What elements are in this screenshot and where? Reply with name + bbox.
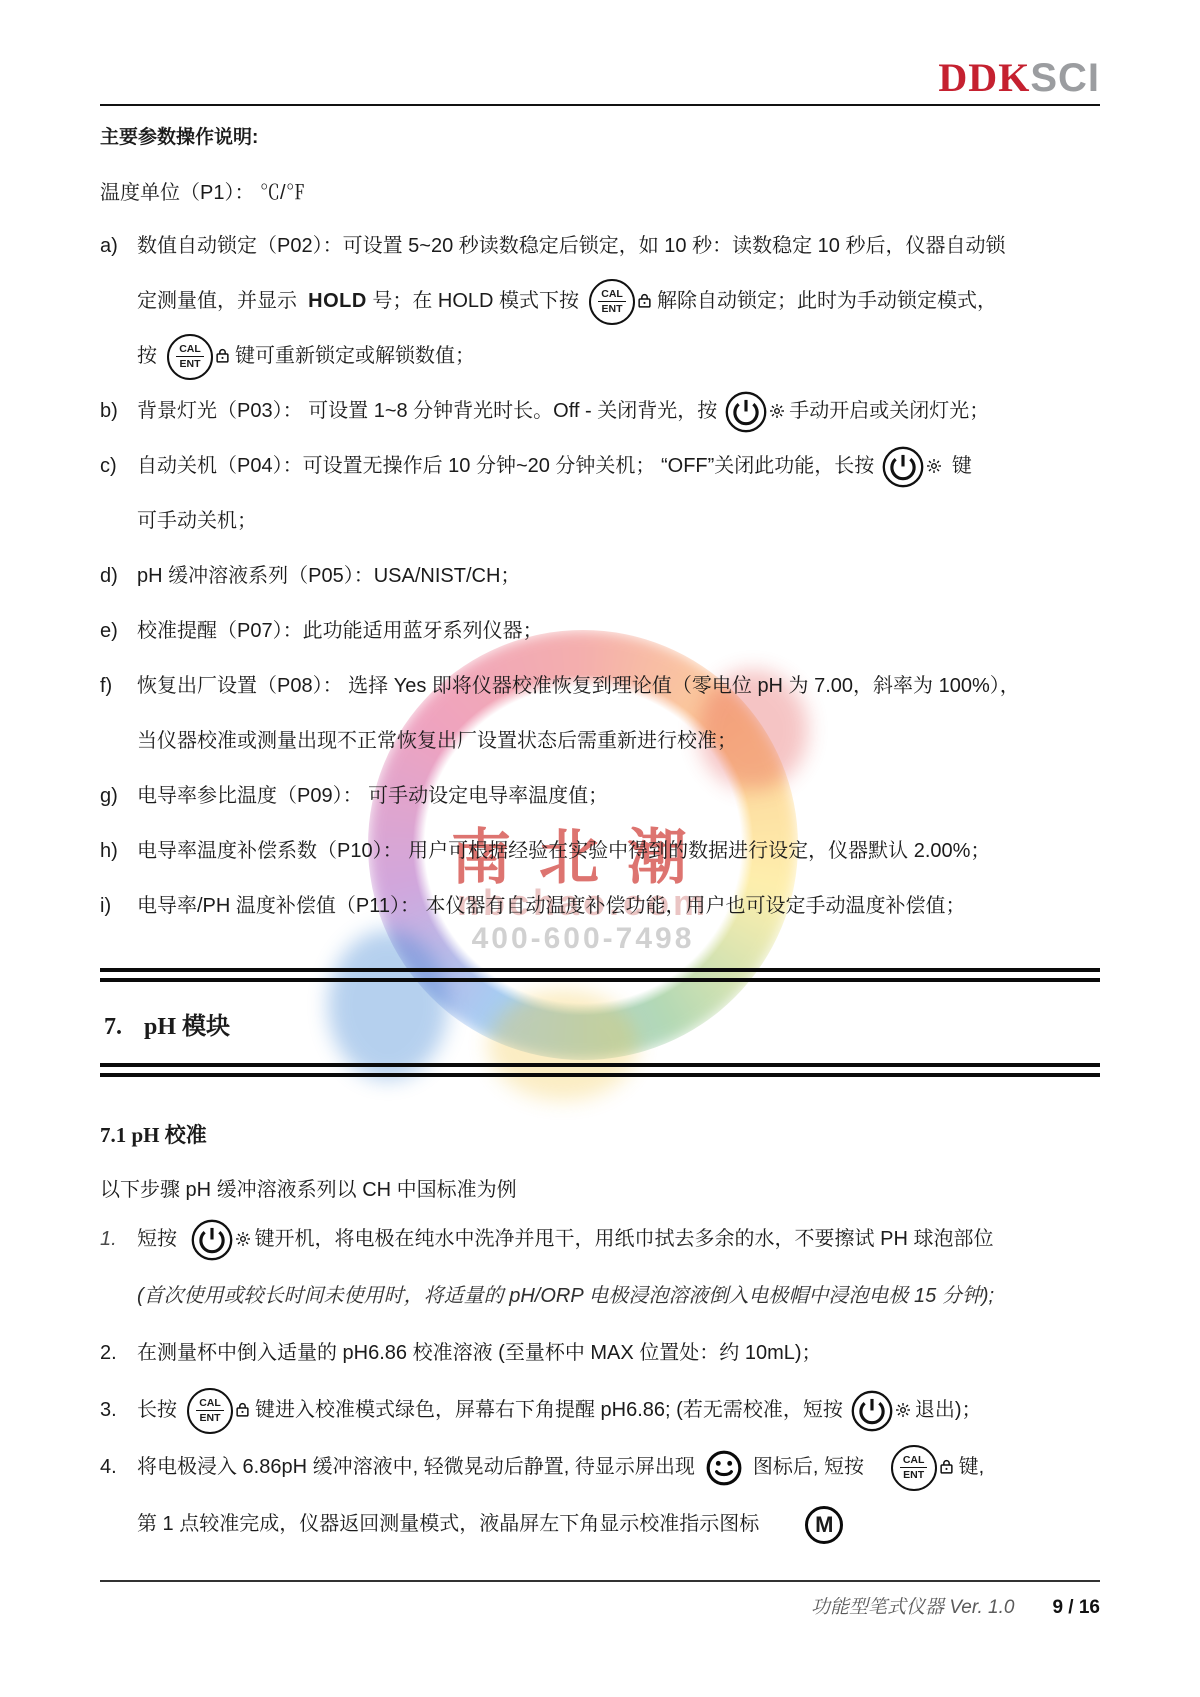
text-run: 电导率温度补偿系数（P10）： 用户可根据经验在实验中得到的数据进行设定，仪器默…	[137, 840, 990, 862]
backlight-sun-icon	[769, 403, 785, 419]
text-run: 电导率参比温度（P09）： 可手动设定电导率温度值；	[137, 785, 608, 807]
text-run: pH 缓冲溶液系列（P05）：USA/NIST/CH；	[137, 565, 520, 587]
text-run: 自动关机（P04）：可设置无操作后 10 分钟~20 分钟关机； “OFF”关闭…	[137, 455, 874, 477]
text-run: 图标后, 短按	[753, 1456, 864, 1478]
backlight-sun-icon	[926, 458, 942, 474]
text-run: 退出)；	[915, 1399, 982, 1421]
text-run: 解除自动锁定；此时为手动锁定模式，	[657, 290, 997, 312]
text-run: 恢复出厂设置（P08）： 选择 Yes 即将仪器校准恢复到理论值（零电位 pH …	[137, 675, 1020, 697]
header-rule	[100, 104, 1100, 106]
text-run: 键,	[959, 1456, 985, 1478]
text-run: 号；在 HOLD 模式下按	[372, 290, 579, 312]
param-item-e: e) 校准提醒（P07）：此功能适用蓝牙系列仪器；	[100, 604, 1100, 659]
item-label: d)	[100, 549, 137, 604]
ent-label: ENT	[602, 302, 623, 315]
power-button-icon	[882, 446, 924, 488]
text-run: 背景灯光（P03）： 可设置 1~8 分钟背光时长。Off - 关闭背光，按	[137, 400, 717, 422]
text-run: 将电极浸入 6.86pH 缓冲溶液中, 轻微晃动后静置, 待显示屏出现	[137, 1456, 695, 1478]
step-number: 1.	[100, 1211, 137, 1325]
param-list: a) 数值自动锁定（P02）：可设置 5~20 秒读数稳定后锁定，如 10 秒：…	[100, 219, 1100, 934]
item-text: 自动关机（P04）：可设置无操作后 10 分钟~20 分钟关机； “OFF”关闭…	[137, 439, 1100, 494]
temperature-unit-line: 温度单位（P1）： ℃/℉	[100, 179, 1100, 207]
param-item-g: g) 电导率参比温度（P09）： 可手动设定电导率温度值；	[100, 769, 1100, 824]
text-run: 键进入校准模式绿色，屏幕右下角提醒 pH6.86; (若无需校准，短按	[255, 1399, 843, 1421]
cal-ent-button-icon: CALENT	[891, 1445, 937, 1491]
item-text: 定测量值，并显示 HOLD 号；在 HOLD 模式下按CALENT解除自动锁定；…	[137, 274, 1100, 329]
step-note: (首次使用或较长时间未使用时，将适量的 pH/ORP 电极浸泡溶液倒入电极帽中浸…	[137, 1268, 1100, 1325]
text-run: 电导率/PH 温度补偿值（P11）： 本仪器有自动温度补偿功能，用户也可设定手动…	[137, 895, 966, 917]
item-label: i)	[100, 879, 137, 934]
item-text: 电导率参比温度（P09）： 可手动设定电导率温度值；	[137, 769, 1100, 824]
footer-page-number: 9 / 16	[1052, 1597, 1100, 1618]
param-item-i: i) 电导率/PH 温度补偿值（P11）： 本仪器有自动温度补偿功能，用户也可设…	[100, 879, 1100, 934]
step-1: 1. 短按 键开机，将电极在纯水中洗净并甩干，用纸巾拭去多余的水，不要擦试 PH…	[100, 1211, 1100, 1325]
step-list: 1. 短按 键开机，将电极在纯水中洗净并甩干，用纸巾拭去多余的水，不要擦试 PH…	[100, 1211, 1100, 1553]
ent-label: ENT	[200, 1411, 221, 1424]
section-71-heading: 7.1 pH 校准	[100, 1119, 1100, 1149]
logo-ddk: DDK	[938, 55, 1030, 100]
cal-label: CAL	[176, 343, 204, 357]
text-run: 校准提醒（P07）：此功能适用蓝牙系列仪器；	[137, 620, 543, 642]
lock-icon	[236, 1402, 249, 1417]
param-item-c: c) 自动关机（P04）：可设置无操作后 10 分钟~20 分钟关机； “OFF…	[100, 439, 1100, 549]
text-run: 可手动关机；	[137, 510, 257, 532]
calibration-intro: 以下步骤 pH 缓冲溶液系列以 CH 中国标准为例	[100, 1175, 1100, 1205]
item-label: a)	[100, 219, 137, 384]
manual-page: 南北潮 nbchao.com 400-600-7498 DDKSCI 主要参数操…	[0, 0, 1200, 1697]
step-4: 4. 将电极浸入 6.86pH 缓冲溶液中, 轻微晃动后静置, 待显示屏出现图标…	[100, 1439, 1100, 1553]
power-button-icon	[191, 1219, 233, 1261]
text-run: 键开机，将电极在纯水中洗净并甩干，用纸巾拭去多余的水，不要擦试 PH 球泡部位	[255, 1228, 994, 1250]
item-text: 电导率/PH 温度补偿值（P11）： 本仪器有自动温度补偿功能，用户也可设定手动…	[137, 879, 1100, 934]
item-text: 恢复出厂设置（P08）： 选择 Yes 即将仪器校准恢复到理论值（零电位 pH …	[137, 659, 1100, 714]
step-number: 3.	[100, 1382, 137, 1439]
step-2: 2. 在测量杯中倒入适量的 pH6.86 校准溶液 (至量杯中 MAX 位置处：…	[100, 1325, 1100, 1382]
text-run: 键	[952, 455, 972, 477]
section-number: 7.	[104, 1014, 122, 1040]
calibration-m-icon: M	[805, 1506, 843, 1544]
footer-rule	[100, 1580, 1100, 1582]
section-divider-rule	[100, 968, 1100, 982]
item-text: 数值自动锁定（P02）：可设置 5~20 秒读数稳定后锁定，如 10 秒：读数稳…	[137, 219, 1100, 274]
step-text: 在测量杯中倒入适量的 pH6.86 校准溶液 (至量杯中 MAX 位置处：约 1…	[137, 1325, 1100, 1382]
lock-icon	[638, 293, 651, 308]
section-heading: 主要参数操作说明:	[100, 122, 1100, 149]
smiley-face-icon	[705, 1449, 743, 1487]
text-run: 当仪器校准或测量出现不正常恢复出厂设置状态后需重新进行校准；	[137, 730, 737, 752]
cal-ent-button-icon: CALENT	[187, 1388, 233, 1434]
footer: 功能型笔式仪器 Ver. 1.09 / 16	[100, 1592, 1100, 1619]
backlight-sun-icon	[895, 1402, 911, 1418]
item-text: 当仪器校准或测量出现不正常恢复出厂设置状态后需重新进行校准；	[137, 714, 1100, 769]
step-text: 长按CALENT键进入校准模式绿色，屏幕右下角提醒 pH6.86; (若无需校准…	[137, 1382, 1100, 1439]
power-button-icon	[851, 1390, 893, 1432]
step-text: 短按 键开机，将电极在纯水中洗净并甩干，用纸巾拭去多余的水，不要擦试 PH 球泡…	[137, 1211, 1100, 1268]
text-run: (首次使用或较长时间未使用时，将适量的 pH/ORP 电极浸泡溶液倒入电极帽中浸…	[137, 1285, 994, 1307]
section-title: pH 模块	[144, 1014, 230, 1040]
section-7-heading: 7.pH 模块	[104, 1006, 1100, 1041]
text-run: 第 1 点较准完成，仪器返回测量模式，液晶屏左下角显示校准指示图标	[137, 1513, 759, 1535]
item-label: f)	[100, 659, 137, 769]
lock-icon	[216, 348, 229, 363]
item-text: 电导率温度补偿系数（P10）： 用户可根据经验在实验中得到的数据进行设定，仪器默…	[137, 824, 1100, 879]
item-label: g)	[100, 769, 137, 824]
lock-icon	[940, 1459, 953, 1474]
text-run: 长按	[137, 1399, 177, 1421]
cal-ent-button-icon: CALENT	[589, 279, 635, 325]
cal-ent-button-icon: CALENT	[167, 334, 213, 380]
text-run: 按	[137, 345, 157, 367]
hold-label: HOLD	[308, 290, 367, 312]
step-3: 3. 长按CALENT键进入校准模式绿色，屏幕右下角提醒 pH6.86; (若无…	[100, 1382, 1100, 1439]
item-text: 背景灯光（P03）： 可设置 1~8 分钟背光时长。Off - 关闭背光，按手动…	[137, 384, 1100, 439]
ent-label: ENT	[903, 1468, 924, 1481]
step-number: 4.	[100, 1439, 137, 1553]
text-run: 数值自动锁定（P02）：可设置 5~20 秒读数稳定后锁定，如 10 秒：读数稳…	[137, 235, 1005, 257]
step-text: 第 1 点较准完成，仪器返回测量模式，液晶屏左下角显示校准指示图标M	[137, 1496, 1100, 1553]
text-run: 在测量杯中倒入适量的 pH6.86 校准溶液 (至量杯中 MAX 位置处：约 1…	[137, 1342, 822, 1364]
item-label: b)	[100, 384, 137, 439]
text-run: 键可重新锁定或解锁数值；	[235, 345, 475, 367]
item-text: 按CALENT键可重新锁定或解锁数值；	[137, 329, 1100, 384]
text-run: 短按	[137, 1228, 177, 1250]
text-run: 手动开启或关闭灯光；	[789, 400, 989, 422]
m-label: M	[815, 1496, 833, 1553]
section-divider-rule	[100, 1063, 1100, 1077]
logo-sci: SCI	[1030, 56, 1100, 100]
item-text: 校准提醒（P07）：此功能适用蓝牙系列仪器；	[137, 604, 1100, 659]
item-text: 可手动关机；	[137, 494, 1100, 549]
page-content: 主要参数操作说明: 温度单位（P1）： ℃/℉ a) 数值自动锁定（P02）：可…	[100, 114, 1100, 1553]
power-button-icon	[725, 391, 767, 433]
item-label: e)	[100, 604, 137, 659]
item-text: pH 缓冲溶液系列（P05）：USA/NIST/CH；	[137, 549, 1100, 604]
step-text: 将电极浸入 6.86pH 缓冲溶液中, 轻微晃动后静置, 待显示屏出现图标后, …	[137, 1439, 1100, 1496]
backlight-sun-icon	[235, 1231, 251, 1247]
item-label: h)	[100, 824, 137, 879]
ent-label: ENT	[180, 357, 201, 370]
item-label: c)	[100, 439, 137, 549]
brand-logo: DDKSCI	[938, 56, 1100, 100]
param-item-f: f) 恢复出厂设置（P08）： 选择 Yes 即将仪器校准恢复到理论值（零电位 …	[100, 659, 1100, 769]
footer-doc-title: 功能型笔式仪器 Ver. 1.0	[811, 1597, 1014, 1618]
cal-label: CAL	[196, 1397, 224, 1411]
step-number: 2.	[100, 1325, 137, 1382]
param-item-h: h) 电导率温度补偿系数（P10）： 用户可根据经验在实验中得到的数据进行设定，…	[100, 824, 1100, 879]
cal-label: CAL	[900, 1454, 928, 1468]
param-item-a: a) 数值自动锁定（P02）：可设置 5~20 秒读数稳定后锁定，如 10 秒：…	[100, 219, 1100, 384]
param-item-d: d) pH 缓冲溶液系列（P05）：USA/NIST/CH；	[100, 549, 1100, 604]
cal-label: CAL	[598, 288, 626, 302]
text-run: 定测量值，并显示	[137, 290, 297, 312]
param-item-b: b) 背景灯光（P03）： 可设置 1~8 分钟背光时长。Off - 关闭背光，…	[100, 384, 1100, 439]
